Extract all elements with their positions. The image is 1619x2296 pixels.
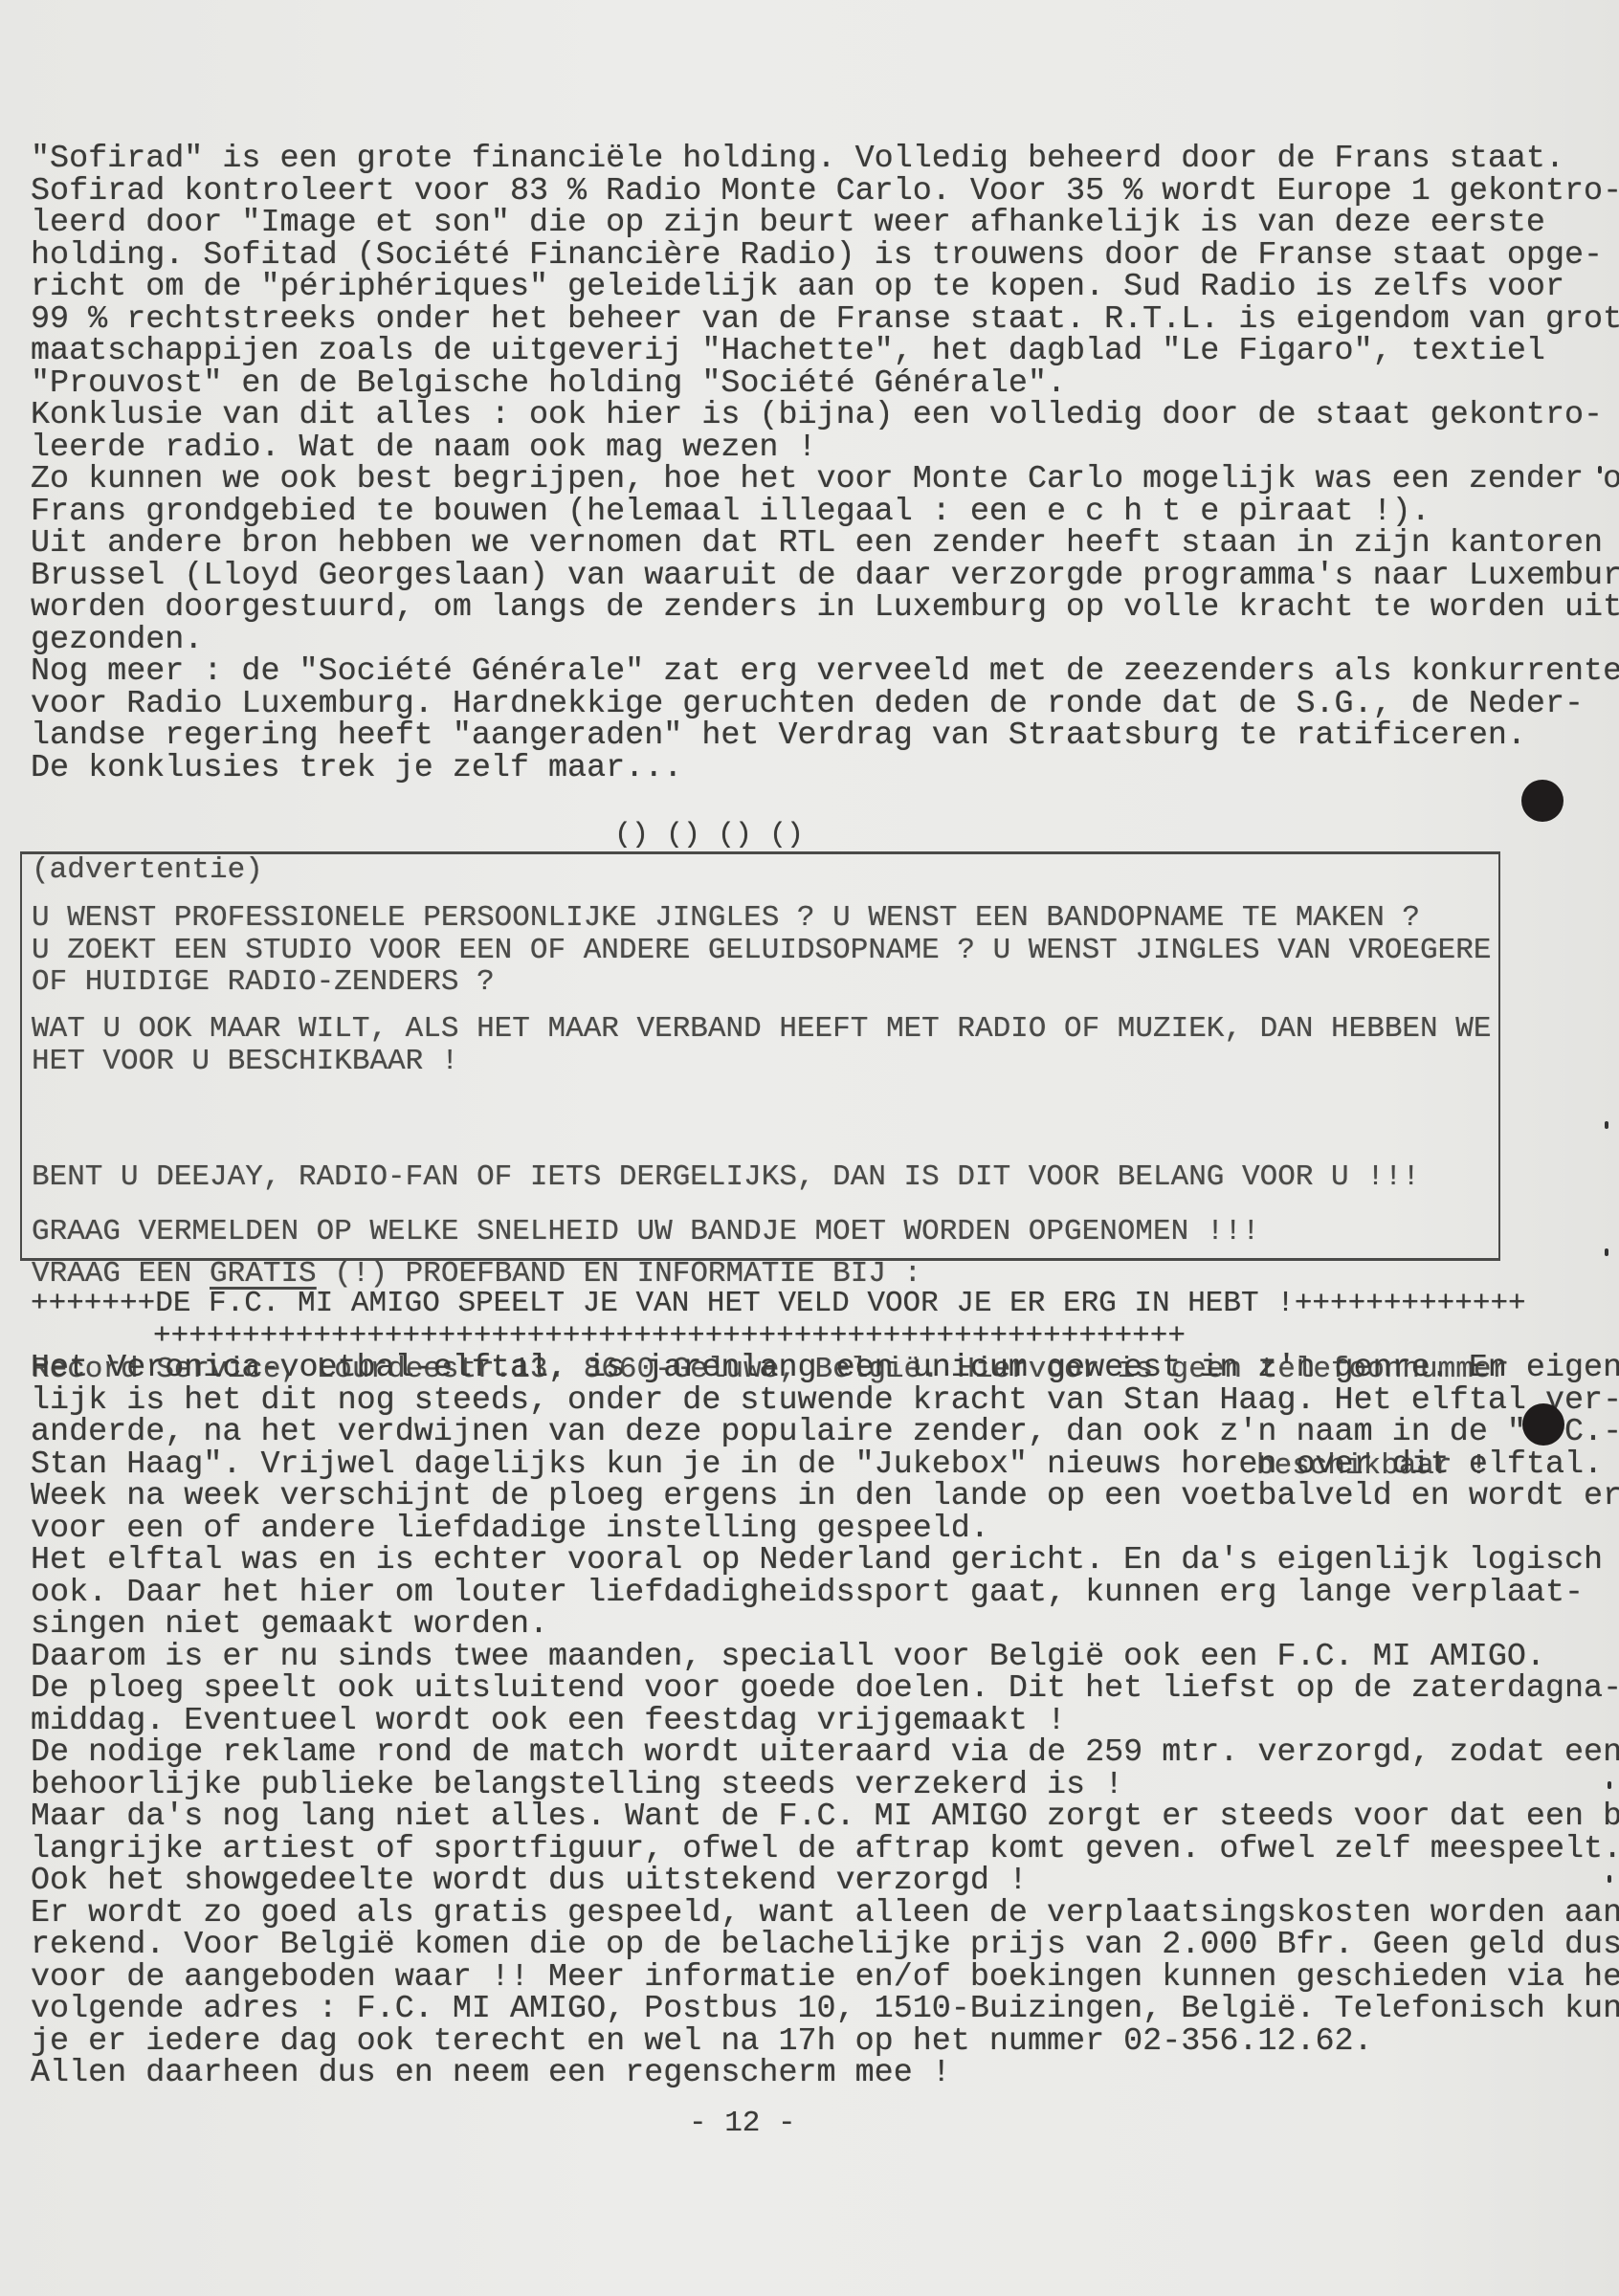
scan-speck: [1608, 1875, 1611, 1883]
text-line: Er wordt zo goed als gratis gespeeld, wa…: [31, 1898, 1619, 1931]
scan-speck: [1605, 1248, 1608, 1256]
text-line: Zo kunnen we ook best begrijpen, hoe het…: [31, 464, 1619, 497]
headline: +++++++DE F.C. MI AMIGO SPEELT JE VAN HE…: [31, 1288, 1526, 1320]
advertisement-box: (advertentie) U WENST PROFESSIONELE PERS…: [20, 851, 1500, 1261]
advertisement-closing: GRAAG VERMELDEN OP WELKE SNELHEID UW BAN…: [32, 1216, 1260, 1248]
scan-speck: [1598, 466, 1602, 474]
page-number: - 12 -: [689, 2108, 796, 2140]
text-line: Konklusie van dit alles : ook hier is (b…: [31, 400, 1619, 432]
text-line: Sofirad kontroleert voor 83 % Radio Mont…: [31, 176, 1619, 209]
text-line: Nog meer : de "Société Générale" zat erg…: [31, 656, 1619, 689]
text-line: Frans grondgebied te bouwen (helemaal il…: [31, 497, 1619, 529]
scan-speck: [1605, 1121, 1608, 1129]
gratis-underlined: GRATIS: [210, 1257, 317, 1291]
headline-separator: ++++++++++++++++++++++++++++++++++++++++…: [153, 1320, 1186, 1353]
text-line: worden doorgestuurd, om langs de zenders…: [31, 592, 1619, 625]
ad-text: VRAAG EEN: [32, 1257, 210, 1291]
ad-line: U WENST PROFESSIONELE PERSOONLIJKE JINGL…: [32, 902, 1491, 935]
ad-line: HET VOOR U BESCHIKBAAR !: [32, 1046, 1491, 1078]
text-line: Uit andere bron hebben we vernomen dat R…: [31, 528, 1619, 561]
ad-line: BENT U DEEJAY, RADIO-FAN OF IETS DERGELI…: [32, 1161, 1509, 1194]
text-line: behoorlijke publieke belangstelling stee…: [31, 1770, 1619, 1802]
article-sofirad: "Sofirad" is een grote financiële holdin…: [31, 143, 1619, 784]
text-line: anderde, na het verdwijnen van deze popu…: [31, 1417, 1619, 1449]
text-line: Stan Haag". Vrijwel dagelijks kun je in …: [31, 1449, 1619, 1482]
text-line: holding. Sofitad (Société Financière Rad…: [31, 240, 1619, 273]
text-line: "Prouvost" en de Belgische holding "Soci…: [31, 368, 1619, 401]
ad-line-request: VRAAG EEN GRATIS (!) PROEFBAND EN INFORM…: [32, 1258, 1509, 1291]
text-line: je er iedere dag ook terecht en wel na 1…: [31, 2026, 1619, 2059]
text-line: "Sofirad" is een grote financiële holdin…: [31, 143, 1619, 176]
advertisement-paragraph-2: WAT U OOK MAAR WILT, ALS HET MAAR VERBAN…: [32, 1013, 1491, 1077]
text-line: voor de aangeboden waar !! Meer informat…: [31, 1962, 1619, 1995]
text-line: voor Radio Luxemburg. Hardnekkige geruch…: [31, 689, 1619, 721]
text-line: Het elftal was en is echter vooral op Ne…: [31, 1545, 1619, 1578]
text-line: Ook het showgedeelte wordt dus uitsteken…: [31, 1865, 1619, 1898]
text-line: 99 % rechtstreeks onder het beheer van d…: [31, 304, 1619, 337]
text-line: gezonden.: [31, 625, 1619, 657]
text-line: De nodige reklame rond de match wordt ui…: [31, 1737, 1619, 1770]
text-line: volgende adres : F.C. MI AMIGO, Postbus …: [31, 1994, 1619, 2026]
ad-line: WAT U OOK MAAR WILT, ALS HET MAAR VERBAN…: [32, 1013, 1491, 1046]
ad-line: OF HUIDIGE RADIO-ZENDERS ?: [32, 966, 1491, 999]
punch-hole: [1522, 1403, 1564, 1446]
text-line: Het Veronica-voetbal-elftal, is jarenlan…: [31, 1353, 1619, 1385]
text-line: Allen daarheen dus en neem een regensche…: [31, 2058, 1619, 2090]
ad-text: (!) PROEFBAND EN INFORMATIE BIJ :: [317, 1257, 922, 1291]
text-line: Daarom is er nu sinds twee maanden, spec…: [31, 1642, 1619, 1674]
text-line: lijk is het dit nog steeds, onder de stu…: [31, 1385, 1619, 1418]
text-line: Week na week verschijnt de ploeg ergens …: [31, 1481, 1619, 1513]
text-line: maatschappijen zoals de uitgeverij "Hach…: [31, 336, 1619, 368]
text-line: middag. Eventueel wordt ook een feestdag…: [31, 1706, 1619, 1738]
text-line: De ploeg speelt ook uitsluitend voor goe…: [31, 1673, 1619, 1706]
text-line: ook. Daar het hier om louter liefdadighe…: [31, 1578, 1619, 1610]
text-line: voor een of andere liefdadige instelling…: [31, 1513, 1619, 1546]
scan-speck: [1608, 1781, 1611, 1789]
ad-line: U ZOEKT EEN STUDIO VOOR EEN OF ANDERE GE…: [32, 935, 1491, 967]
text-line: rekend. Voor België komen die op de bela…: [31, 1930, 1619, 1962]
scanned-page: "Sofirad" is een grote financiële holdin…: [0, 0, 1619, 2296]
advertisement-label: (advertentie): [32, 854, 263, 887]
article-fc-mi-amigo: Het Veronica-voetbal-elftal, is jarenlan…: [31, 1353, 1619, 2090]
text-line: singen niet gemaakt worden.: [31, 1609, 1619, 1642]
text-line: De konklusies trek je zelf maar...: [31, 753, 1619, 785]
punch-hole: [1521, 780, 1564, 822]
text-line: Brussel (Lloyd Georgeslaan) van waaruit …: [31, 561, 1619, 593]
text-line: Maar da's nog lang niet alles. Want de F…: [31, 1801, 1619, 1834]
text-line: leerde radio. Wat de naam ook mag wezen …: [31, 432, 1619, 465]
section-divider: () () () (): [614, 820, 804, 852]
text-line: langrijke artiest of sportfiguur, ofwel …: [31, 1834, 1619, 1866]
advertisement-paragraph-1: U WENST PROFESSIONELE PERSOONLIJKE JINGL…: [32, 902, 1491, 999]
text-line: leerd door "Image et son" die op zijn be…: [31, 208, 1619, 240]
text-line: landse regering heeft "aangeraden" het V…: [31, 720, 1619, 753]
text-line: richt om de "périphériques" geleidelijk …: [31, 272, 1619, 304]
